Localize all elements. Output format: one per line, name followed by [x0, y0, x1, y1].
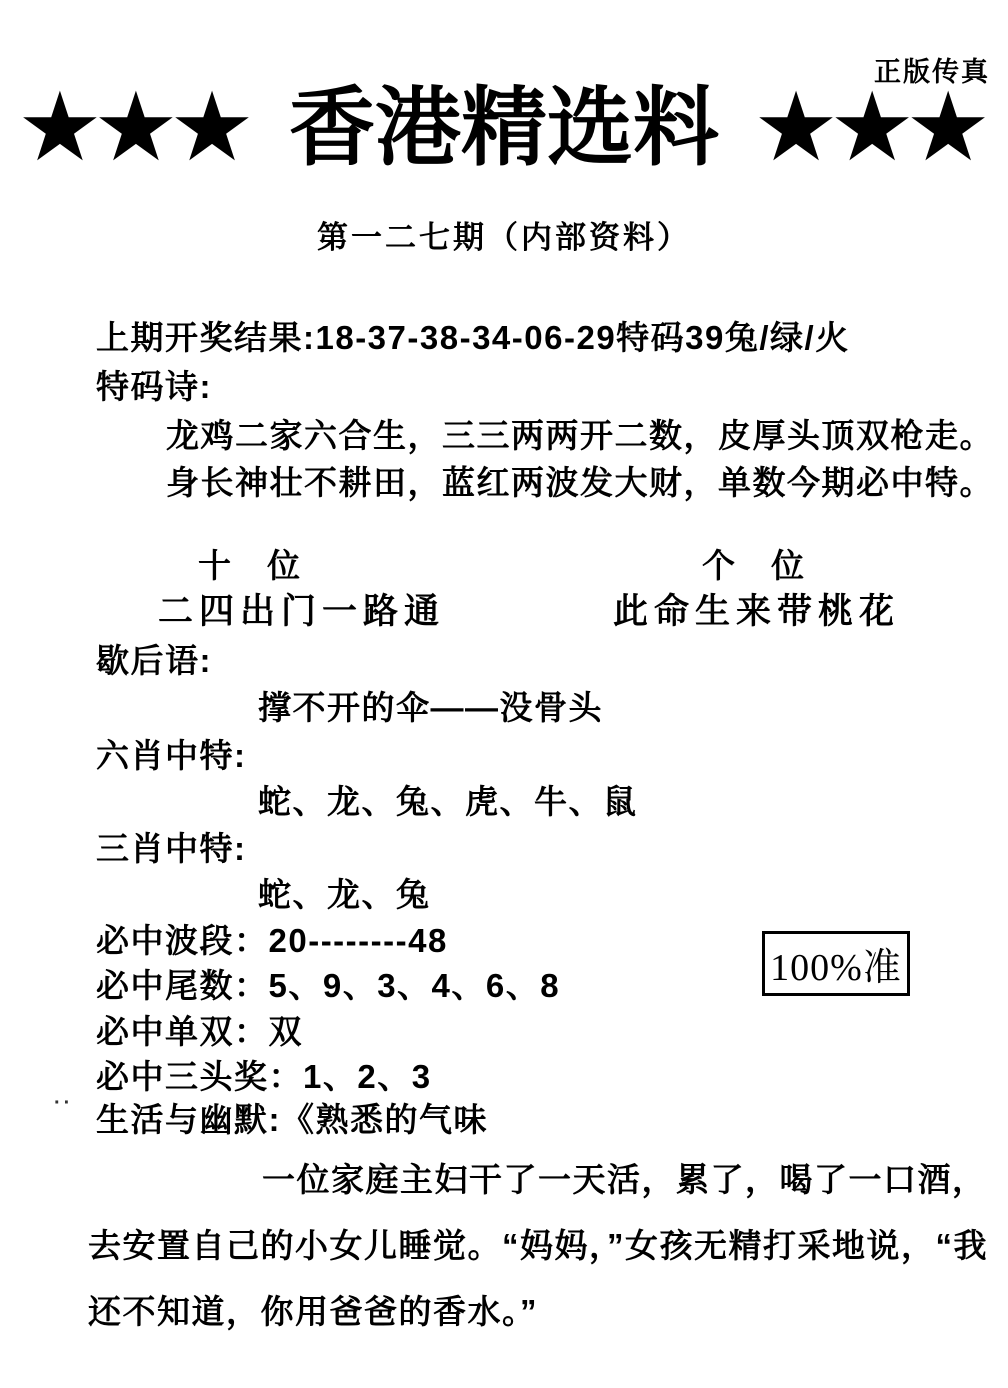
accuracy-badge: 100%准	[762, 931, 910, 996]
special-poem-line-1: 龙鸡二家六合生，三三两两开二数，皮厚头顶双枪走。	[166, 416, 994, 456]
three-zodiac-text: 蛇、龙、兔	[258, 875, 431, 915]
stars-right-icon: ★★★	[753, 80, 991, 176]
page-title: 香港精选料	[289, 85, 719, 171]
issue-subtitle: 第一二七期（内部资料）	[0, 212, 1008, 257]
ones-column-header: 个 位	[702, 546, 806, 586]
tens-column-header: 十 位	[198, 546, 302, 586]
tens-column-line: 二四出门一路通	[158, 592, 445, 632]
humor-title-line: 生活与幽默:《熟悉的气味	[96, 1100, 488, 1140]
six-zodiac-label: 六肖中特:	[96, 736, 247, 776]
story-line-3: 还不知道，你用爸爸的香水。”	[88, 1292, 538, 1332]
title-row: ★★★ 香港精选料 ★★★	[0, 58, 1008, 198]
stars-left-icon: ★★★	[17, 80, 255, 176]
xiehouyu-label: 歇后语:	[96, 641, 212, 681]
special-poem-line-2: 身长神壮不耕田，蓝红两波发大财，单数今期必中特。	[166, 463, 994, 503]
tail-numbers-line: 必中尾数：5、9、3、4、6、8	[96, 966, 560, 1006]
odd-even-line: 必中单双：双	[96, 1012, 303, 1052]
three-zodiac-label: 三肖中特:	[96, 829, 247, 869]
wave-band-line: 必中波段：20--------48	[96, 921, 448, 961]
special-poem-label: 特码诗:	[96, 367, 212, 407]
last-draw-result: 上期开奖结果:18-37-38-34-06-29特码39兔/绿/火	[96, 318, 850, 358]
six-zodiac-text: 蛇、龙、兔、虎、牛、鼠	[258, 782, 638, 822]
story-line-2: 去安置自己的小女儿睡觉。“妈妈，”女孩无精打采地说，“我	[88, 1226, 988, 1266]
xiehouyu-text: 撑不开的伞——没骨头	[258, 688, 603, 728]
fax-page: 正版传真 ★★★ 香港精选料 ★★★ 第一二七期（内部资料） 上期开奖结果:18…	[0, 0, 1008, 1388]
ones-column-line: 此命生来带桃花	[613, 592, 900, 632]
scan-artifact-dots: ··	[54, 1092, 73, 1115]
three-heads-line: 必中三头奖：1、2、3	[96, 1057, 432, 1097]
story-line-1: 一位家庭主妇干了一天活，累了，喝了一口酒，	[262, 1160, 987, 1200]
